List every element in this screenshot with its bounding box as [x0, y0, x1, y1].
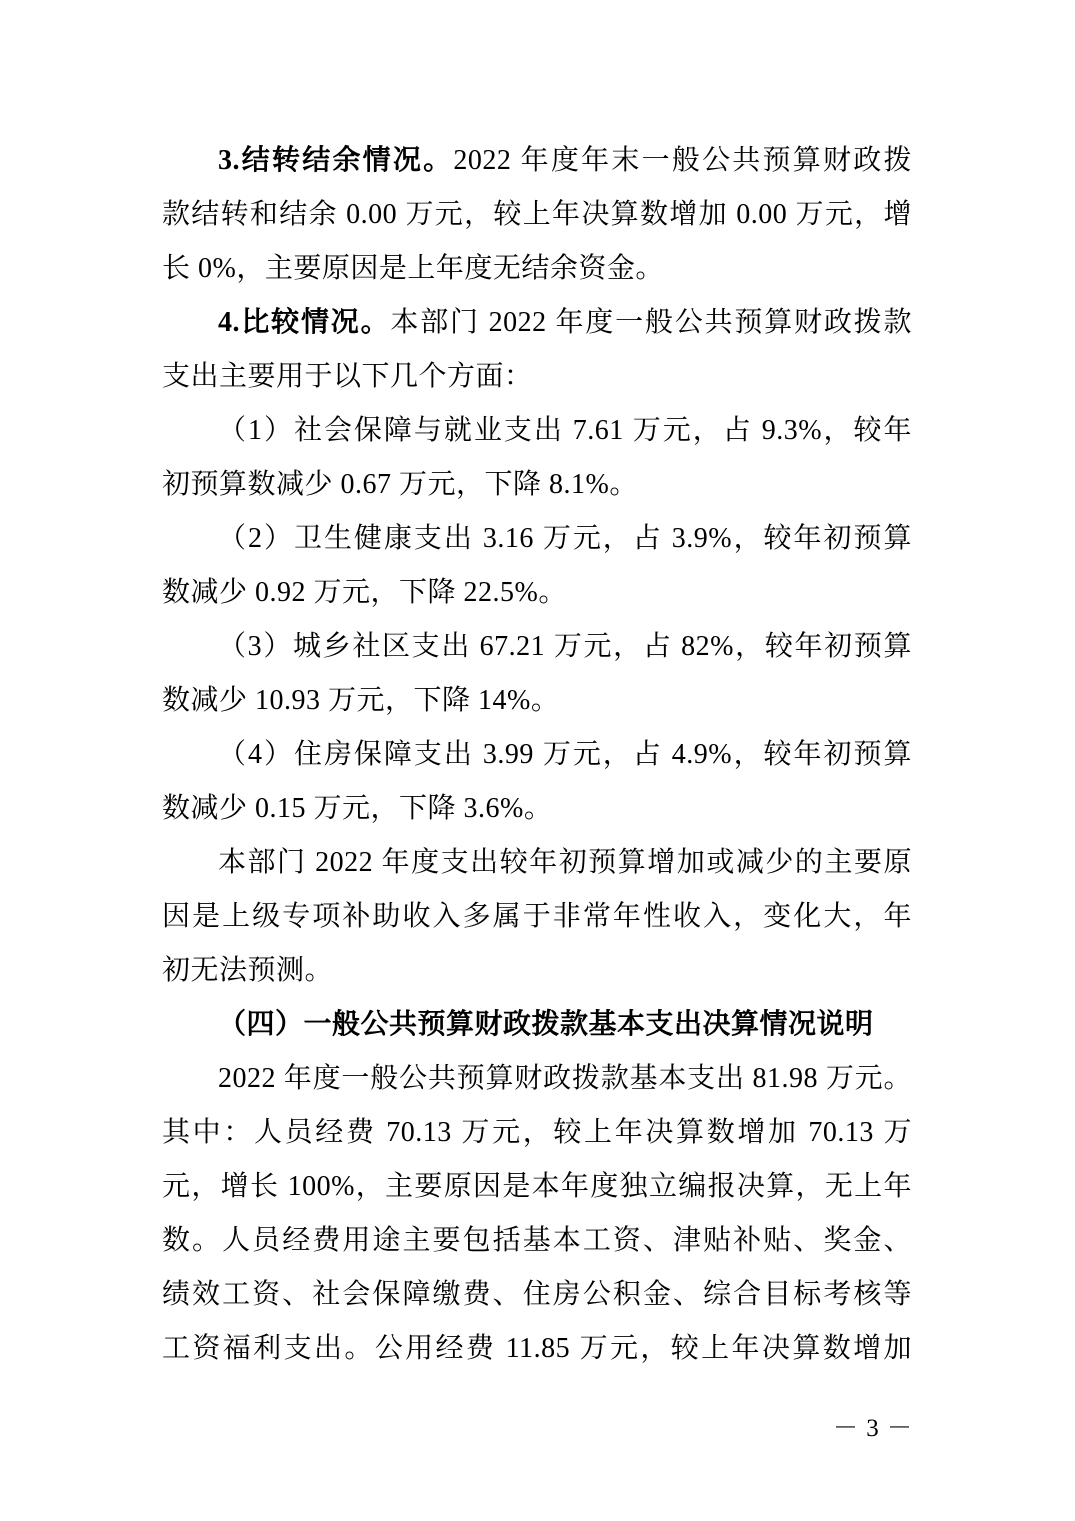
text-line: （1）社会保障与就业支出 7.61 万元，占 9.3%，较年 — [162, 404, 912, 458]
paragraph-lead-bold: 3.结转结余情况。 — [218, 145, 453, 176]
text-line: 2022 年度一般公共预算财政拨款基本支出 81.98 万元。 — [162, 1052, 912, 1106]
document-body: 3.结转结余情况。2022 年度年末一般公共预算财政拨 款结转和结余 0.00 … — [162, 134, 912, 1376]
text-line: 数减少 10.93 万元，下降 14%。 — [162, 674, 912, 728]
paragraph-comparison: 4.比较情况。本部门 2022 年度一般公共预算财政拨款 支出主要用于以下几个方… — [162, 296, 912, 404]
text-line: （4）住房保障支出 3.99 万元，占 4.9%，较年初预算 — [162, 728, 912, 782]
paragraph-item-2-health: （2）卫生健康支出 3.16 万元，占 3.9%，较年初预算 数减少 0.92 … — [162, 512, 912, 620]
text-segment: 本部门 2022 年度一般公共预算财政拨款 — [390, 307, 912, 338]
text-line: 支出主要用于以下几个方面： — [162, 350, 912, 404]
paragraph-item-3-urban-rural-community: （3）城乡社区支出 67.21 万元，占 82%，较年初预算 数减少 10.93… — [162, 620, 912, 728]
heading-section-4: （四）一般公共预算财政拨款基本支出决算情况说明 — [162, 998, 912, 1052]
text-line: 款结转和结余 0.00 万元，较上年决算数增加 0.00 万元，增 — [162, 188, 912, 242]
document-page: 3.结转结余情况。2022 年度年末一般公共预算财政拨 款结转和结余 0.00 … — [0, 0, 1075, 1521]
text-line: 工资福利支出。公用经费 11.85 万元，较上年决算数增加 — [162, 1322, 912, 1376]
text-line: 初无法预测。 — [162, 944, 912, 998]
text-line: 长 0%，主要原因是上年度无结余资金。 — [162, 242, 912, 296]
text-line: 数减少 0.15 万元，下降 3.6%。 — [162, 782, 912, 836]
paragraph-item-4-housing: （4）住房保障支出 3.99 万元，占 4.9%，较年初预算 数减少 0.15 … — [162, 728, 912, 836]
text-line: 元，增长 100%，主要原因是本年度独立编报决算，无上年 — [162, 1160, 912, 1214]
text-line: （2）卫生健康支出 3.16 万元，占 3.9%，较年初预算 — [162, 512, 912, 566]
paragraph-basic-expenditure: 2022 年度一般公共预算财政拨款基本支出 81.98 万元。 其中：人员经费 … — [162, 1052, 912, 1376]
paragraph-item-1-social-security: （1）社会保障与就业支出 7.61 万元，占 9.3%，较年 初预算数减少 0.… — [162, 404, 912, 512]
text-segment: 2022 年度年末一般公共预算财政拨 — [453, 145, 912, 176]
text-line: （3）城乡社区支出 67.21 万元，占 82%，较年初预算 — [162, 620, 912, 674]
text-line: 因是上级专项补助收入多属于非常年性收入，变化大，年 — [162, 890, 912, 944]
text-line: 数减少 0.92 万元，下降 22.5%。 — [162, 566, 912, 620]
text-line: 绩效工资、社会保障缴费、住房公积金、综合目标考核等 — [162, 1268, 912, 1322]
text-line: 3.结转结余情况。2022 年度年末一般公共预算财政拨 — [162, 134, 912, 188]
text-line: 初预算数减少 0.67 万元，下降 8.1%。 — [162, 458, 912, 512]
paragraph-carryover-balance: 3.结转结余情况。2022 年度年末一般公共预算财政拨 款结转和结余 0.00 … — [162, 134, 912, 296]
text-line: 数。人员经费用途主要包括基本工资、津贴补贴、奖金、 — [162, 1214, 912, 1268]
text-line: 本部门 2022 年度支出较年初预算增加或减少的主要原 — [162, 836, 912, 890]
text-line: 其中：人员经费 70.13 万元，较上年决算数增加 70.13 万 — [162, 1106, 912, 1160]
text-line: 4.比较情况。本部门 2022 年度一般公共预算财政拨款 — [162, 296, 912, 350]
paragraph-change-reason: 本部门 2022 年度支出较年初预算增加或减少的主要原 因是上级专项补助收入多属… — [162, 836, 912, 998]
paragraph-lead-bold: 4.比较情况。 — [218, 307, 390, 338]
page-number: － 3 － — [833, 1412, 913, 1446]
section-heading-text: （四）一般公共预算财政拨款基本支出决算情况说明 — [162, 998, 912, 1052]
